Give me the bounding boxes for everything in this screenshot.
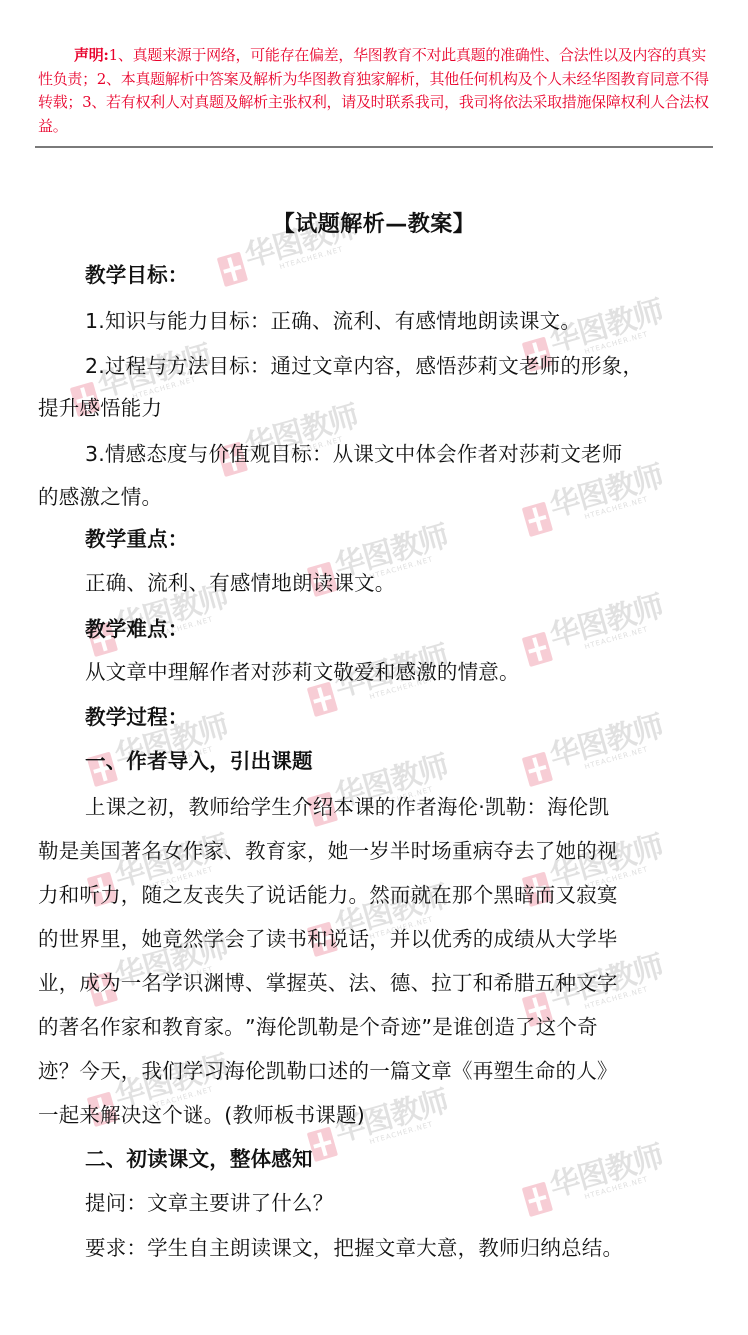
key-point-text: 正确、流利、有感情地朗读课文。 bbox=[85, 566, 396, 596]
watermark-logo-icon bbox=[307, 682, 338, 717]
key-point-heading: 教学重点： bbox=[85, 522, 189, 552]
watermark: 华图教师HTEACHER.NET bbox=[520, 712, 669, 787]
step-1-paragraph-line: 业，成为一名学识渊博、掌握英、法、德、拉丁和希腊五种文字 bbox=[38, 966, 618, 996]
watermark: 华图教师HTEACHER.NET bbox=[520, 1142, 669, 1217]
step-1-paragraph-line: 力和听力，随之友丧失了说话能力。然而就在那个黑暗而又寂寞 bbox=[38, 878, 618, 908]
difficulty-text: 从文章中理解作者对莎莉文敬爱和感激的情意。 bbox=[85, 655, 520, 685]
goals-heading: 教学目标： bbox=[85, 258, 189, 288]
goal-2-line-1: 2.过程与方法目标：通过文章内容，感悟莎莉文老师的形象， bbox=[85, 349, 643, 379]
watermark-logo-icon bbox=[522, 502, 553, 537]
goal-3-line-1: 3.情感态度与价值观目标：从课文中体会作者对莎莉文老师 bbox=[85, 437, 622, 467]
step-1-heading: 一、作者导入，引出课题 bbox=[85, 744, 313, 774]
watermark-logo-icon bbox=[522, 752, 553, 787]
watermark: 华图教师HTEACHER.NET bbox=[520, 592, 669, 667]
goal-3-line-2: 的感激之情。 bbox=[38, 480, 162, 510]
step-2-question: 提问：文章主要讲了什么？ bbox=[85, 1186, 333, 1216]
step-2-requirement: 要求：学生自主朗读课文，把握文章大意，教师归纳总结。 bbox=[85, 1231, 623, 1261]
document-page: 华图教师HTEACHER.NET 华图教师HTEACHER.NET 华图教师HT… bbox=[0, 0, 748, 1335]
watermark-logo-icon bbox=[522, 1182, 553, 1217]
step-2-heading: 二、初读课文，整体感知 bbox=[85, 1142, 313, 1172]
watermark-logo-icon bbox=[522, 632, 553, 667]
step-1-paragraph-line: 一起来解决这个谜。(教师板书课题) bbox=[38, 1098, 365, 1128]
difficulty-heading: 教学难点： bbox=[85, 612, 189, 642]
watermark: 华图教师HTEACHER.NET bbox=[520, 462, 669, 537]
goal-1: 1.知识与能力目标：正确、流利、有感情地朗读课文。 bbox=[85, 304, 581, 334]
step-1-paragraph-line: 勒是美国著名女作家、教育家，她一岁半时场重病夺去了她的视 bbox=[38, 834, 618, 864]
goal-2-line-2: 提升感悟能力 bbox=[38, 391, 162, 421]
divider bbox=[35, 146, 713, 148]
step-1-paragraph-line: 的世界里，她竟然学会了读书和说话，并以优秀的成绩从大学毕 bbox=[38, 922, 618, 952]
disclaimer: 声明:1、真题来源于网络，可能存在偏差，华图教育不对此真题的准确性、合法性以及内… bbox=[38, 44, 712, 138]
disclaimer-label: 声明: bbox=[74, 46, 109, 64]
step-1-paragraph-line: 迹？今天，我们学习海伦凯勒口述的一篇文章《再塑生命的人》 bbox=[38, 1054, 618, 1084]
watermark-logo-icon bbox=[217, 252, 248, 287]
step-1-paragraph-line: 的著名作家和教育家。ˮ海伦凯勒是个奇迹ˮ是谁创造了这个奇 bbox=[38, 1010, 598, 1040]
process-heading: 教学过程： bbox=[85, 700, 189, 730]
step-1-paragraph-line: 上课之初，教师给学生介绍本课的作者海伦·凯勒：海伦凯 bbox=[85, 790, 609, 820]
disclaimer-text: 1、真题来源于网络，可能存在偏差，华图教育不对此真题的准确性、合法性以及内容的真… bbox=[38, 46, 709, 135]
page-title: 【试题解析—教案】 bbox=[0, 207, 748, 238]
